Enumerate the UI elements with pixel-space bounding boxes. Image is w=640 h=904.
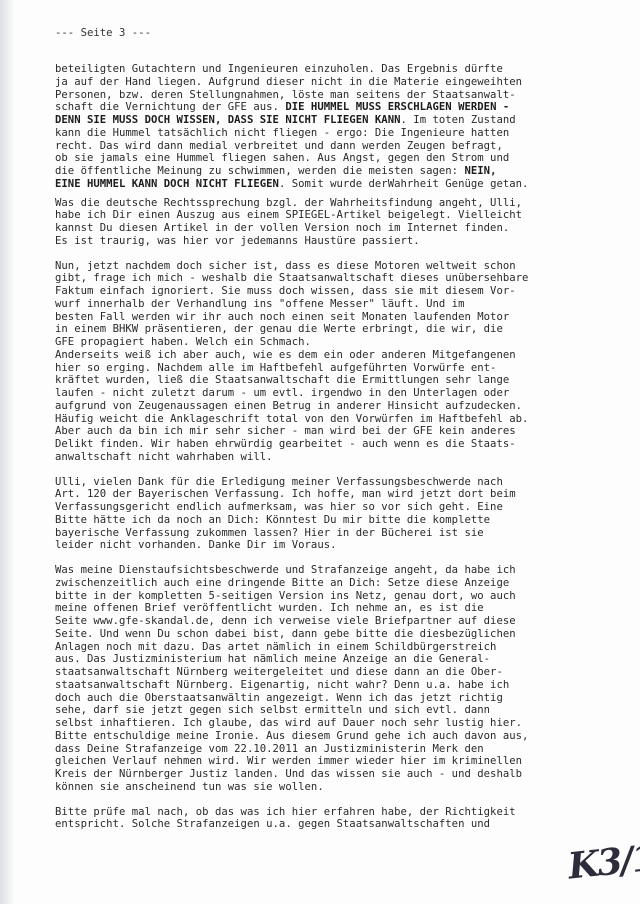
text-segment: besten Fall werden wir ihr auch noch ein… xyxy=(55,311,509,323)
text-line: Aber auch da bin ich mir sehr sicher - m… xyxy=(55,425,640,438)
text-segment: dass Deine Strafanzeige vom 22.10.2011 a… xyxy=(55,743,484,755)
text-line: bayerische Verfassung zukommen lassen? H… xyxy=(55,527,640,540)
text-segment: anwaltschaft nicht wahrhaben will. xyxy=(55,451,273,463)
text-line: selbst inhaftieren. Ich glaube, das wird… xyxy=(55,717,640,730)
text-segment: entspricht. Solche Strafanzeigen u.a. ge… xyxy=(55,818,490,830)
text-line: Anderseits weiß ich aber auch, wie es de… xyxy=(55,349,640,362)
text-segment: recht. Das wird dann medial verbreitet u… xyxy=(55,140,503,152)
text-line: zwischenzeitlich auch eine dringende Bit… xyxy=(55,577,640,590)
text-line: die öffentliche Meinung zu schwimmen, we… xyxy=(55,165,640,178)
text-line: besten Fall werden wir ihr auch noch ein… xyxy=(55,311,640,324)
text-line: kann die Hummel tatsächlich nicht fliege… xyxy=(55,127,640,140)
text-segment: Personen, bzw. deren Stellungnahmen, lös… xyxy=(55,89,516,101)
text-segment: aus. Das Justizministerium hat nämlich m… xyxy=(55,653,490,665)
text-segment: gibt, frage ich mich - weshalb die Staat… xyxy=(55,272,528,284)
text-line: kräftet wurden, ließ die Staatsanwaltsch… xyxy=(55,374,640,387)
text-segment: sehe, darf sie jetzt gegen sich selbst e… xyxy=(55,704,490,716)
text-line: können sie anscheinend tun was sie wolle… xyxy=(55,781,640,794)
paragraph: beteiligten Gutachtern und Ingenieuren e… xyxy=(55,63,640,191)
text-segment: ob sie jamals eine Hummel fliegen sahen.… xyxy=(55,152,509,164)
text-line: Bitte entschuldige meine Ironie. Aus die… xyxy=(55,730,640,743)
text-segment: Häufig weicht die Anklageschrift total v… xyxy=(55,413,528,425)
text-segment: Bitte hätte ich da noch an Dich: Könntes… xyxy=(55,514,490,526)
text-line: Bitte prüfe mal nach, ob das was ich hie… xyxy=(55,806,640,819)
text-line: gleichen Verlauf nehmen wird. Wir werden… xyxy=(55,755,640,768)
text-line: gibt, frage ich mich - weshalb die Staat… xyxy=(55,272,640,285)
text-line: Was meine Dienstaufsichtsbeschwerde und … xyxy=(55,564,640,577)
text-line: Personen, bzw. deren Stellungnahmen, lös… xyxy=(55,89,640,102)
text-segment: Ulli, vielen Dank für die Erledigung mei… xyxy=(55,476,503,488)
text-line: Ulli, vielen Dank für die Erledigung mei… xyxy=(55,476,640,489)
text-line: ja auf der Hand liegen. Aufgrund dieser … xyxy=(55,76,640,89)
text-line: in einem BHKW präsentieren, der genau di… xyxy=(55,323,640,336)
text-segment: Seite www.gfe-skandal.de, denn ich verwe… xyxy=(55,615,516,627)
text-line: dass Deine Strafanzeige vom 22.10.2011 a… xyxy=(55,743,640,756)
text-line: staatsanwaltschaft Nürnberg weitergeleit… xyxy=(55,666,640,679)
text-line: Kreis der Nürnberger Justiz landen. Und … xyxy=(55,768,640,781)
text-segment: Seite. Und wenn Du schon dabei bist, dan… xyxy=(55,628,516,640)
text-line: Was die deutsche Rechtssprechung bzgl. d… xyxy=(55,197,640,210)
text-line: leider nicht vorhanden. Danke Dir im Vor… xyxy=(55,539,640,552)
text-segment: können sie anscheinend tun was sie wolle… xyxy=(55,781,324,793)
text-line: beteiligten Gutachtern und Ingenieuren e… xyxy=(55,63,640,76)
text-segment: Faktum einfach ignoriert. Sie muss doch … xyxy=(55,285,516,297)
text-segment: bitte in der kompletten 5-seitigen Versi… xyxy=(55,590,516,602)
text-segment: meine offenen Brief veröffentlicht wurde… xyxy=(55,602,484,614)
text-segment: Anlagen noch mit dazu. Das artet nämlich… xyxy=(55,641,496,653)
bold-text: EINE HUMMEL KANN DOCH NICHT FLIEGEN xyxy=(55,178,279,190)
text-segment: Anderseits weiß ich aber auch, wie es de… xyxy=(55,349,516,361)
text-line: Nun, jetzt nachdem doch sicher ist, dass… xyxy=(55,260,640,273)
text-line: Verfassungsgericht endlich aufmerksam, w… xyxy=(55,501,640,514)
text-line: EINE HUMMEL KANN DOCH NICHT FLIEGEN. Som… xyxy=(55,178,640,191)
text-segment: gleichen Verlauf nehmen wird. Wir werden… xyxy=(55,755,522,767)
scan-page-edge-shadow xyxy=(0,0,14,904)
text-segment: Es ist traurig, was hier vor jedemanns H… xyxy=(55,235,420,247)
text-segment: leider nicht vorhanden. Danke Dir im Vor… xyxy=(55,539,337,551)
text-line: staatsanwaltschaft Nürnberg. Eigenartig,… xyxy=(55,679,640,692)
text-segment: habe ich Dir einen Auszug aus einem SPIE… xyxy=(55,209,522,221)
text-line: laufen - nicht zuletzt darum - um evtl. … xyxy=(55,387,640,400)
text-segment: Delikt finden. Wir haben ehrwürdig gearb… xyxy=(55,438,516,450)
text-segment: ja auf der Hand liegen. Aufgrund dieser … xyxy=(55,76,522,88)
text-segment: Verfassungsgericht endlich aufmerksam, w… xyxy=(55,501,503,513)
text-line: Es ist traurig, was hier vor jedemanns H… xyxy=(55,235,640,248)
text-line: habe ich Dir einen Auszug aus einem SPIE… xyxy=(55,209,640,222)
text-line: Seite. Und wenn Du schon dabei bist, dan… xyxy=(55,628,640,641)
text-segment: Aber auch da bin ich mir sehr sicher - m… xyxy=(55,425,516,437)
text-segment: laufen - nicht zuletzt darum - um evtl. … xyxy=(55,387,509,399)
text-line: Anlagen noch mit dazu. Das artet nämlich… xyxy=(55,641,640,654)
text-line: entspricht. Solche Strafanzeigen u.a. ge… xyxy=(55,818,640,831)
text-segment: Was die deutsche Rechtssprechung bzgl. d… xyxy=(55,197,522,209)
text-segment: Nun, jetzt nachdem doch sicher ist, dass… xyxy=(55,260,516,272)
document-body: beteiligten Gutachtern und Ingenieuren e… xyxy=(55,63,640,843)
text-line: aufgrund von Zeugenaussagen einen Betrug… xyxy=(55,400,640,413)
text-segment: bayerische Verfassung zukommen lassen? H… xyxy=(55,527,484,539)
text-segment: Bitte prüfe mal nach, ob das was ich hie… xyxy=(55,806,516,818)
text-line: GFE propagiert haben. Welch ein Schmach. xyxy=(55,336,640,349)
text-line: Art. 120 der Bayerischen Verfassung. Ich… xyxy=(55,488,640,501)
text-segment: doch auch die Oberstaatsanwältin angezei… xyxy=(55,692,503,704)
text-segment: zwischenzeitlich auch eine dringende Bit… xyxy=(55,577,509,589)
text-line: Seite www.gfe-skandal.de, denn ich verwe… xyxy=(55,615,640,628)
text-segment: beteiligten Gutachtern und Ingenieuren e… xyxy=(55,63,503,75)
paragraph: Was meine Dienstaufsichtsbeschwerde und … xyxy=(55,564,640,794)
text-line: bitte in der kompletten 5-seitigen Versi… xyxy=(55,590,640,603)
text-segment: GFE propagiert haben. Welch ein Schmach. xyxy=(55,336,311,348)
text-segment: kann die Hummel tatsächlich nicht fliege… xyxy=(55,127,509,139)
paragraph: Was die deutsche Rechtssprechung bzgl. d… xyxy=(55,197,640,248)
page-header: --- Seite 3 --- xyxy=(55,27,151,40)
text-segment: kannst Du diesen Artikel in der vollen V… xyxy=(55,222,509,234)
text-line: DENN SIE MUSS DOCH WISSEN, DASS SIE NICH… xyxy=(55,114,640,127)
text-segment: kräftet wurden, ließ die Staatsanwaltsch… xyxy=(55,374,509,386)
text-segment: aufgrund von Zeugenaussagen einen Betrug… xyxy=(55,400,522,412)
text-line: sehe, darf sie jetzt gegen sich selbst e… xyxy=(55,704,640,717)
text-segment: hier so erging. Nachdem alle im Haftbefe… xyxy=(55,362,496,374)
text-segment: Art. 120 der Bayerischen Verfassung. Ich… xyxy=(55,488,516,500)
paragraph: Anderseits weiß ich aber auch, wie es de… xyxy=(55,349,640,464)
text-segment: staatsanwaltschaft Nürnberg. Eigenartig,… xyxy=(55,679,509,691)
text-segment: . Somit wurde derWahrheit Genüge getan. xyxy=(279,178,529,190)
text-line: aus. Das Justizministerium hat nämlich m… xyxy=(55,653,640,666)
text-line: hier so erging. Nachdem alle im Haftbefe… xyxy=(55,362,640,375)
paragraph: Bitte prüfe mal nach, ob das was ich hie… xyxy=(55,806,640,832)
text-segment: schaft die Vernichtung der GFE aus. xyxy=(55,101,285,113)
text-line: anwaltschaft nicht wahrhaben will. xyxy=(55,451,640,464)
paragraph: Ulli, vielen Dank für die Erledigung mei… xyxy=(55,476,640,553)
text-line: Häufig weicht die Anklageschrift total v… xyxy=(55,413,640,426)
text-segment: in einem BHKW präsentieren, der genau di… xyxy=(55,323,503,335)
text-segment: Bitte entschuldige meine Ironie. Aus die… xyxy=(55,730,528,742)
text-segment: selbst inhaftieren. Ich glaube, das wird… xyxy=(55,717,522,729)
text-line: recht. Das wird dann medial verbreitet u… xyxy=(55,140,640,153)
text-segment: staatsanwaltschaft Nürnberg weitergeleit… xyxy=(55,666,503,678)
text-line: doch auch die Oberstaatsanwältin angezei… xyxy=(55,692,640,705)
text-line: Faktum einfach ignoriert. Sie muss doch … xyxy=(55,285,640,298)
text-segment: . Im toten Zustand xyxy=(401,114,516,126)
text-line: kannst Du diesen Artikel in der vollen V… xyxy=(55,222,640,235)
text-line: wurf innerhalb der Verhandlung ins "offe… xyxy=(55,298,640,311)
text-segment: Was meine Dienstaufsichtsbeschwerde und … xyxy=(55,564,516,576)
text-line: schaft die Vernichtung der GFE aus. DIE … xyxy=(55,101,640,114)
text-segment: wurf innerhalb der Verhandlung ins "offe… xyxy=(55,298,464,310)
bold-text: NEIN, xyxy=(464,165,496,177)
bold-text: DIE HUMMEL MUSS ERSCHLAGEN WERDEN - xyxy=(285,101,509,113)
bold-text: DENN SIE MUSS DOCH WISSEN, DASS SIE NICH… xyxy=(55,114,401,126)
text-line: ob sie jamals eine Hummel fliegen sahen.… xyxy=(55,152,640,165)
text-line: Delikt finden. Wir haben ehrwürdig gearb… xyxy=(55,438,640,451)
text-line: Bitte hätte ich da noch an Dich: Könntes… xyxy=(55,514,640,527)
text-segment: die öffentliche Meinung zu schwimmen, we… xyxy=(55,165,464,177)
paragraph: Nun, jetzt nachdem doch sicher ist, dass… xyxy=(55,260,640,349)
text-line: meine offenen Brief veröffentlicht wurde… xyxy=(55,602,640,615)
text-segment: Kreis der Nürnberger Justiz landen. Und … xyxy=(55,768,522,780)
